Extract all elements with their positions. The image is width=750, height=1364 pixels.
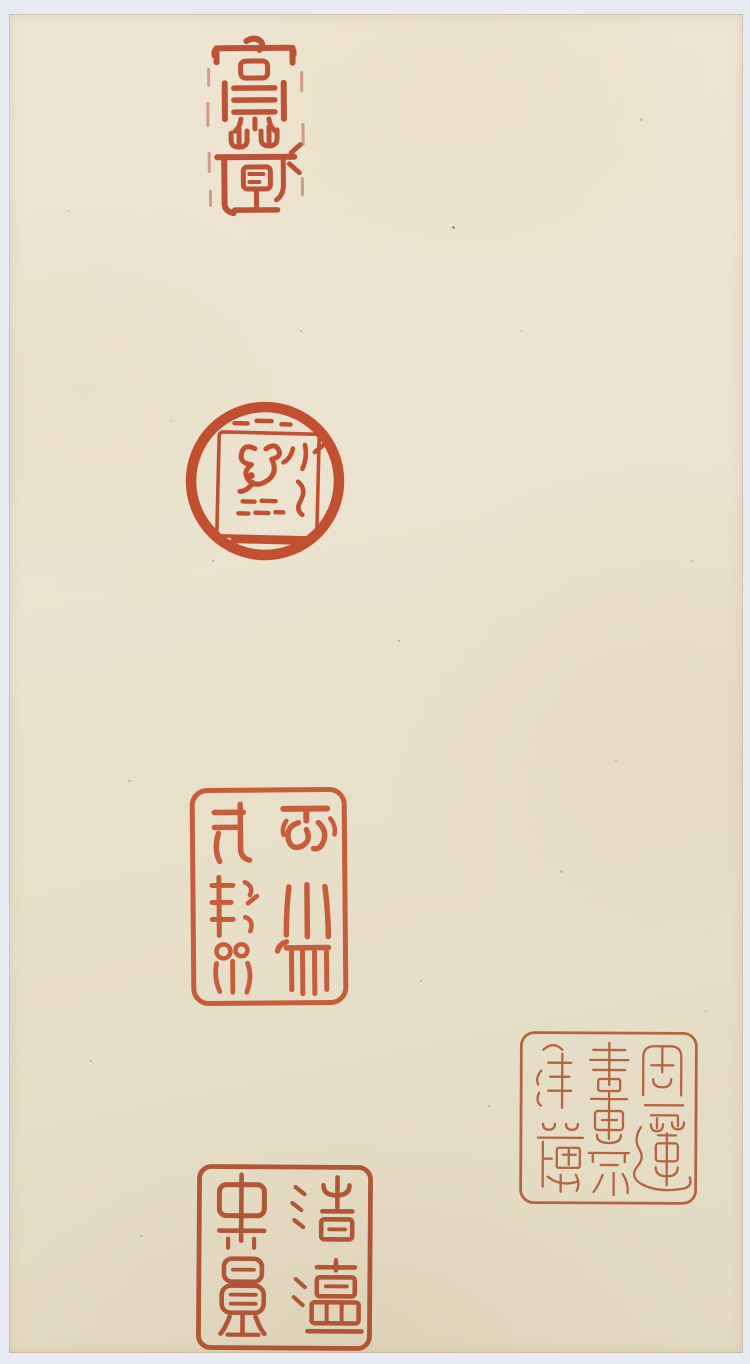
seal-impression-rectangular	[187, 784, 351, 1008]
seal-square-fine-glyphs	[517, 1029, 701, 1208]
seal-circular-glyphs	[183, 399, 347, 563]
seal-rectangular-glyphs	[187, 784, 351, 1008]
seal-impression-treasure	[202, 33, 307, 220]
seal-impression-square-bold	[194, 1162, 374, 1352]
seal-impression-square-fine	[517, 1029, 701, 1208]
seal-impression-circular	[183, 399, 347, 563]
scanned-photo	[0, 0, 750, 1364]
seal-square-bold-glyphs	[194, 1162, 374, 1352]
seal-treasure-glyphs	[202, 33, 307, 220]
